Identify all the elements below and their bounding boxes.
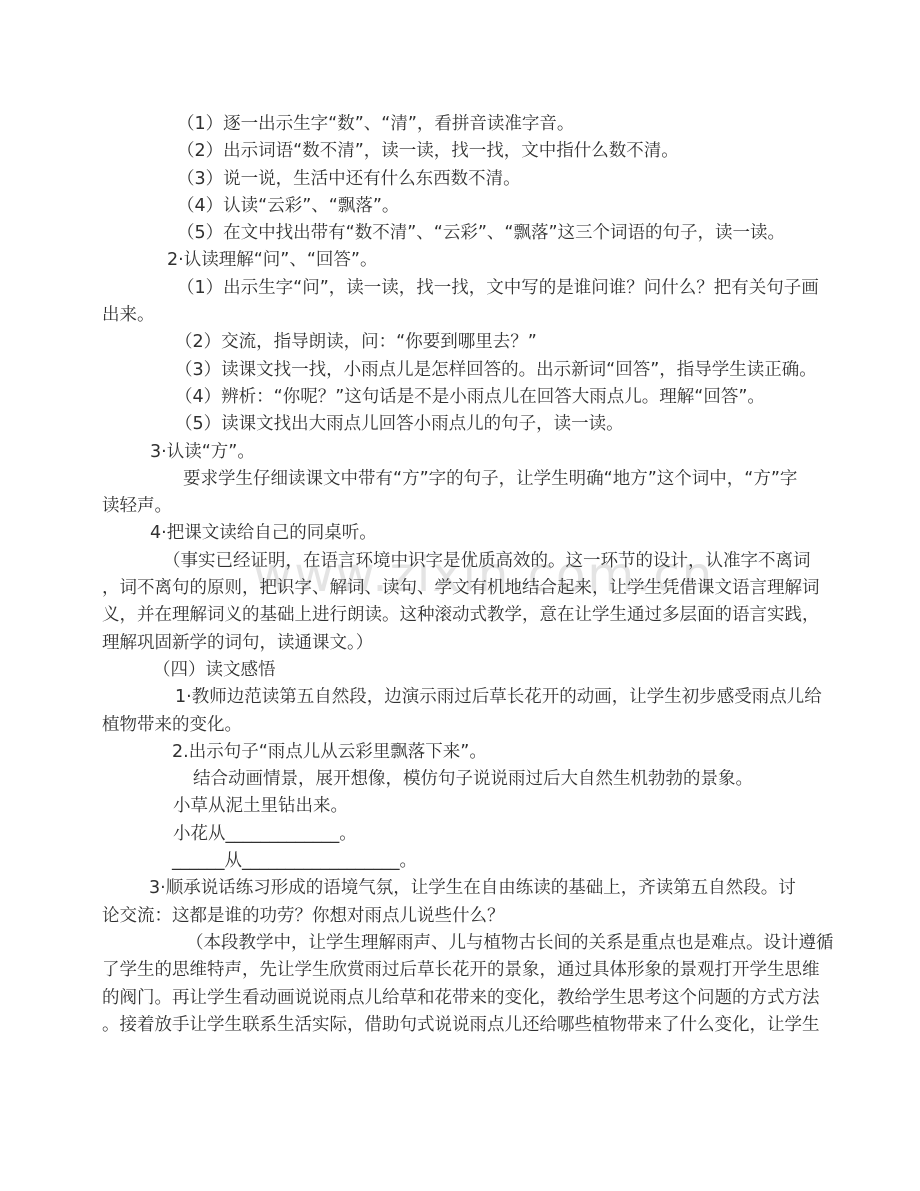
document-line: 植物带来的变化。 (102, 712, 842, 739)
document-page: www.zixin.com.cn （1）逐一出示生字“数”、“清”，看拼音读准字… (0, 0, 920, 1191)
document-line: 读轻声。 (102, 493, 842, 520)
document-line: （4）辨析：“你呢？”这句话是不是小雨点儿在回答大雨点儿。理解“回答”。 (102, 384, 842, 411)
document-line: （事实已经证明，在语言环境中识字是优质高效的。这一环节的设计，认准字不离词 (102, 548, 842, 575)
document-line: 小花从_____________。 (102, 821, 842, 848)
document-line: （本段教学中，让学生理解雨声、儿与植物古长间的关系是重点也是难点。设计遵循 (102, 930, 842, 957)
document-line: （5）在文中找出带有“数不清”、“云彩”、“飘落”这三个词语的句子，读一读。 (102, 220, 842, 247)
document-content: （1）逐一出示生字“数”、“清”，看拼音读准字音。（2）出示词语“数不清”，读一… (102, 111, 842, 1039)
document-line: ______从__________________。 (102, 848, 842, 875)
document-line: （2）交流，指导朗读，问：“你要到哪里去？” (102, 329, 842, 356)
document-line: （四）读文感悟 (102, 657, 842, 684)
document-line: （3）读课文找一找，小雨点儿是怎样回答的。出示新词“回答”，指导学生读正确。 (102, 357, 842, 384)
document-line: 结合动画情景，展开想像，模仿句子说说雨过后大自然生机勃勃的景象。 (102, 766, 842, 793)
document-line: ，词不离句的原则，把识字、解词、读句、学文有机地结合起来，让学生凭借课文语言理解… (102, 575, 842, 602)
document-line: （3）说一说，生活中还有什么东西数不清。 (102, 166, 842, 193)
document-line: 2.出示句子“雨点儿从云彩里飘落下来”。 (102, 739, 842, 766)
document-line: 3·顺承说话练习形成的语境气氛，让学生在自由练读的基础上，齐读第五自然段。讨 (102, 875, 842, 902)
document-line: （5）读课文找出大雨点儿回答小雨点儿的句子，读一读。 (102, 411, 842, 438)
document-line: 了学生的思维特声，先让学生欣赏雨过后草长花开的景象，通过具体形象的景观打开学生思… (102, 957, 842, 984)
document-line: 4·把课文读给自己的同桌听。 (102, 520, 842, 547)
document-line: （2）出示词语“数不清”，读一读，找一找，文中指什么数不清。 (102, 138, 842, 165)
document-line: 1·教师边范读第五自然段，边演示雨过后草长花开的动画，让学生初步感受雨点儿给 (102, 684, 842, 711)
document-line: 。接着放手让学生联系生活实际，借助句式说说雨点儿还给哪些植物带来了什么变化，让学… (102, 1012, 842, 1039)
document-line: 小草从泥土里钻出来。 (102, 793, 842, 820)
document-line: 义，并在理解词义的基础上进行朗读。这种滚动式教学，意在让学生通过多层面的语言实践… (102, 602, 842, 629)
document-line: 出来。 (102, 302, 842, 329)
document-line: （4）认读“云彩”、“飘落”。 (102, 193, 842, 220)
document-line: 要求学生仔细读课文中带有“方”字的句子，让学生明确“地方”这个词中，“方”字 (102, 466, 842, 493)
document-line: 的阀门。再让学生看动画说说雨点儿给草和花带来的变化，教给学生思考这个问题的方式方… (102, 985, 842, 1012)
document-line: （1）逐一出示生字“数”、“清”，看拼音读准字音。 (102, 111, 842, 138)
document-line: 理解巩固新学的词句，读通课文。） (102, 630, 842, 657)
document-line: （1）出示生字“问”，读一读，找一找，文中写的是谁问谁？问什么？把有关句子画 (102, 275, 842, 302)
document-line: 论交流：这都是谁的功劳？你想对雨点儿说些什么？ (102, 903, 842, 930)
document-line: 2·认读理解“问”、“回答”。 (102, 247, 842, 274)
document-line: 3·认读“方”。 (102, 439, 842, 466)
